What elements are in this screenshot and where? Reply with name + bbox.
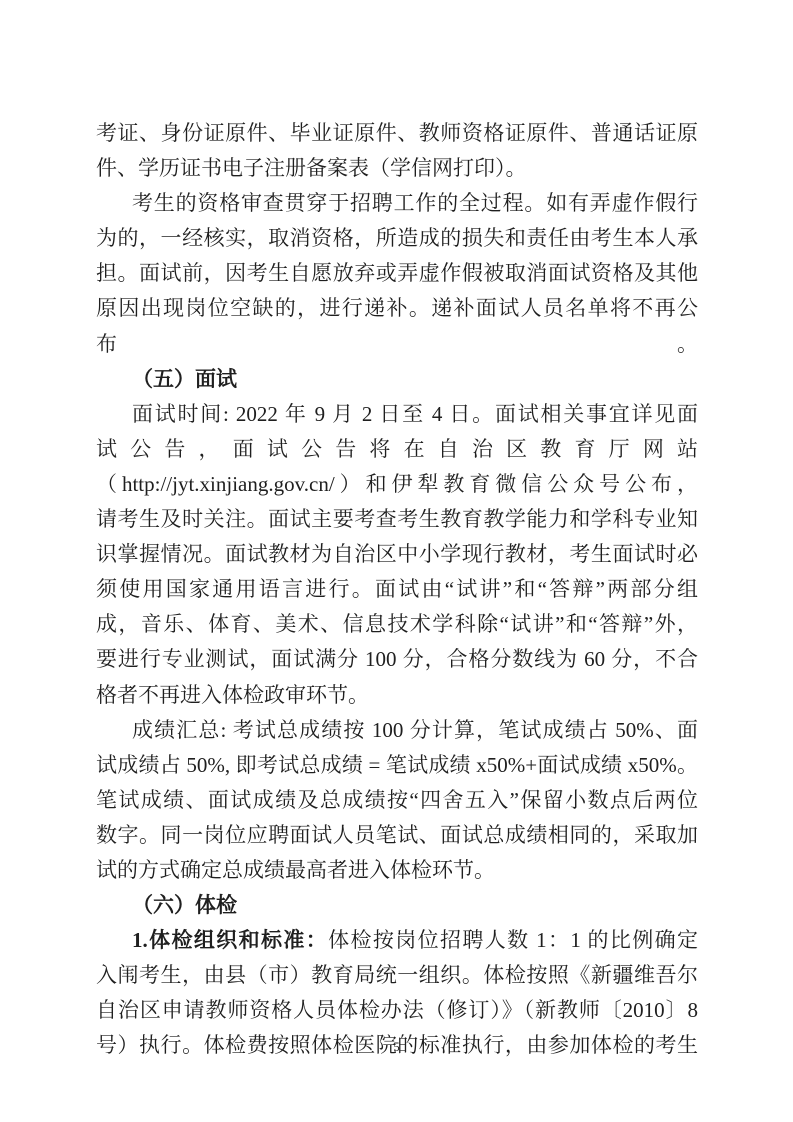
- text-line: 识掌握情况。面试教材为自治区中小学现行教材，考生面试时必: [96, 537, 698, 572]
- text-line: 考证、身份证原件、毕业证原件、教师资格证原件、普通话证原: [96, 116, 698, 151]
- text-line: 请考生及时关注。面试主要考查考生教育教学能力和学科专业知: [96, 502, 698, 537]
- text-line: 数字。同一岗位应聘面试人员笔试、面试总成绩相同的，采取加: [96, 818, 698, 853]
- text-line: 试公告，面试公告将在自治区教育厅网站: [96, 432, 698, 467]
- section-heading: （六）体检: [96, 888, 698, 923]
- line-text: 体检按岗位招聘人数 1：1 的比例确定: [328, 928, 698, 952]
- document-page: 考证、身份证原件、毕业证原件、教师资格证原件、普通话证原件、学历证书电子注册备案…: [0, 0, 793, 1122]
- text-line: 原因出现岗位空缺的，进行递补。递补面试人员名单将不再公布。: [96, 291, 698, 361]
- text-line: 为的，一经核实，取消资格，所造成的损失和责任由考生本人承: [96, 221, 698, 256]
- text-line: 入闱考生，由县（市）教育局统一组织。体检按照《新疆维吾尔: [96, 958, 698, 993]
- document-body: 考证、身份证原件、毕业证原件、教师资格证原件、普通话证原件、学历证书电子注册备案…: [96, 116, 698, 1064]
- page-number: 5: [0, 1039, 793, 1055]
- text-line: 面试时间: 2022 年 9 月 2 日至 4 日。面试相关事宜详见面: [96, 397, 698, 432]
- text-line: 试的方式确定总成绩最高者进入体检环节。: [96, 853, 698, 888]
- text-line: 要进行专业测试，面试满分 100 分，合格分数线为 60 分，不合: [96, 642, 698, 677]
- text-line: 1.体检组织和标准：体检按岗位招聘人数 1：1 的比例确定: [96, 923, 698, 958]
- text-line: （http://jyt.xinjiang.gov.cn/）和伊犁教育微信公众号公…: [96, 467, 698, 502]
- text-line: 件、学历证书电子注册备案表（学信网打印）。: [96, 151, 698, 186]
- text-line: 考生的资格审查贯穿于招聘工作的全过程。如有弄虚作假行: [96, 186, 698, 221]
- text-line: 试成绩占 50%, 即考试总成绩 = 笔试成绩 x50%+面试成绩 x50%。: [96, 748, 698, 783]
- text-line: 担。面试前，因考生自愿放弃或弄虚作假被取消面试资格及其他: [96, 256, 698, 291]
- text-line: 成绩汇总: 考试总成绩按 100 分计算，笔试成绩占 50%、面: [96, 713, 698, 748]
- text-line: 成，音乐、体育、美术、信息技术学科除“试讲”和“答辩”外，: [96, 607, 698, 642]
- text-line: 笔试成绩、面试成绩及总成绩按“四舍五入”保留小数点后两位: [96, 783, 698, 818]
- line-bold-prefix: 1.体检组织和标准：: [132, 928, 328, 952]
- text-line: 自治区申请教师资格人员体检办法（修订）》（新教师〔2010〕8: [96, 993, 698, 1028]
- text-line: 须使用国家通用语言进行。面试由“试讲”和“答辩”两部分组: [96, 572, 698, 607]
- text-line: 格者不再进入体检政审环节。: [96, 678, 698, 713]
- section-heading: （五）面试: [96, 362, 698, 397]
